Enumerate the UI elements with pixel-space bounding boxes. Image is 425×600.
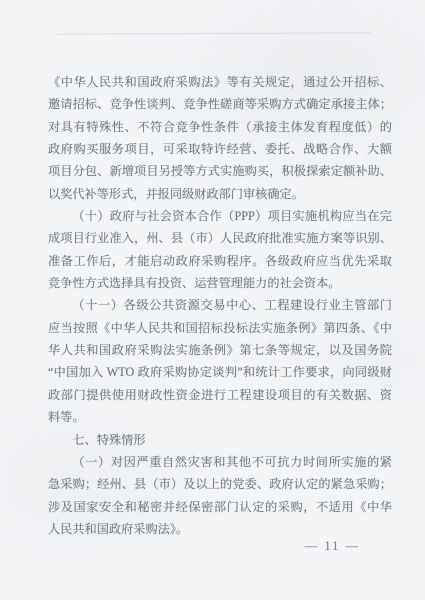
document-text: 《中华人民共和国政府采购法》等有关规定，通过公开招标、邀请招标、竞争性谈判、竞争… <box>48 71 392 540</box>
text-line: 竞争性方式选择具有投资、运营管理能力的社会资本。 <box>48 272 392 294</box>
text-line: “中国加入 WTO 政府采购协定谈判”和统计工作要求，向同级财 <box>48 361 392 383</box>
text-line: 应当按照《中华人民共和国招标投标法实施条例》第四条、《中 <box>48 317 392 339</box>
text-line: （一）对因严重自然灾害和其他不可抗力时间所实施的紧 <box>48 451 392 473</box>
page-number: — 11 — <box>0 539 360 554</box>
text-line: 人民共和国政府采购法》。 <box>48 518 392 540</box>
text-line: （十）政府与社会资本合作（PPP）项目实施机构应当在完 <box>48 205 392 227</box>
text-line: 料等。 <box>48 406 392 428</box>
text-line: 以奖代补等形式，并报同级财政部门审核确定。 <box>48 183 392 205</box>
text-line: 政府购买服务项目，可采取特许经营、委托、战略合作、大额 <box>48 138 392 160</box>
text-line: 项目分包、新增项目另授等方式实施购买，积极探索定额补助、 <box>48 160 392 182</box>
text-line: （十一）各级公共资源交易中心、工程建设行业主管部门 <box>48 294 392 316</box>
text-line: 准备工作后，才能启动政府采购程序。各级政府应当优先采取 <box>48 250 392 272</box>
text-line: 邀请招标、竞争性谈判、竞争性磋商等采购方式确定承接主体； <box>48 93 392 115</box>
text-line: 《中华人民共和国政府采购法》等有关规定，通过公开招标、 <box>48 71 392 93</box>
text-line: 涉及国家安全和秘密并经保密部门认定的采购，不适用《中华 <box>48 496 392 518</box>
text-line: 华人共和国政府采购法实施条例》第七条等规定，以及国务院 <box>48 339 392 361</box>
text-line: 急采购；经州、县（市）及以上的党委、政府认定的紧急采购； <box>48 473 392 495</box>
text-line: 七、特殊情形 <box>48 429 392 451</box>
text-line: 政部门提供使用财政性资金进行工程建设项目的有关数据、资 <box>48 384 392 406</box>
text-line: 对具有特殊性、不符合竞争性条件（承接主体发育程度低）的 <box>48 116 392 138</box>
scanned-page: 《中华人民共和国政府采购法》等有关规定，通过公开招标、邀请招标、竞争性谈判、竞争… <box>0 0 425 600</box>
text-line: 成项目行业准入，州、县（市）人民政府批准实施方案等识别、 <box>48 227 392 249</box>
scan-artifact-line <box>55 32 371 34</box>
